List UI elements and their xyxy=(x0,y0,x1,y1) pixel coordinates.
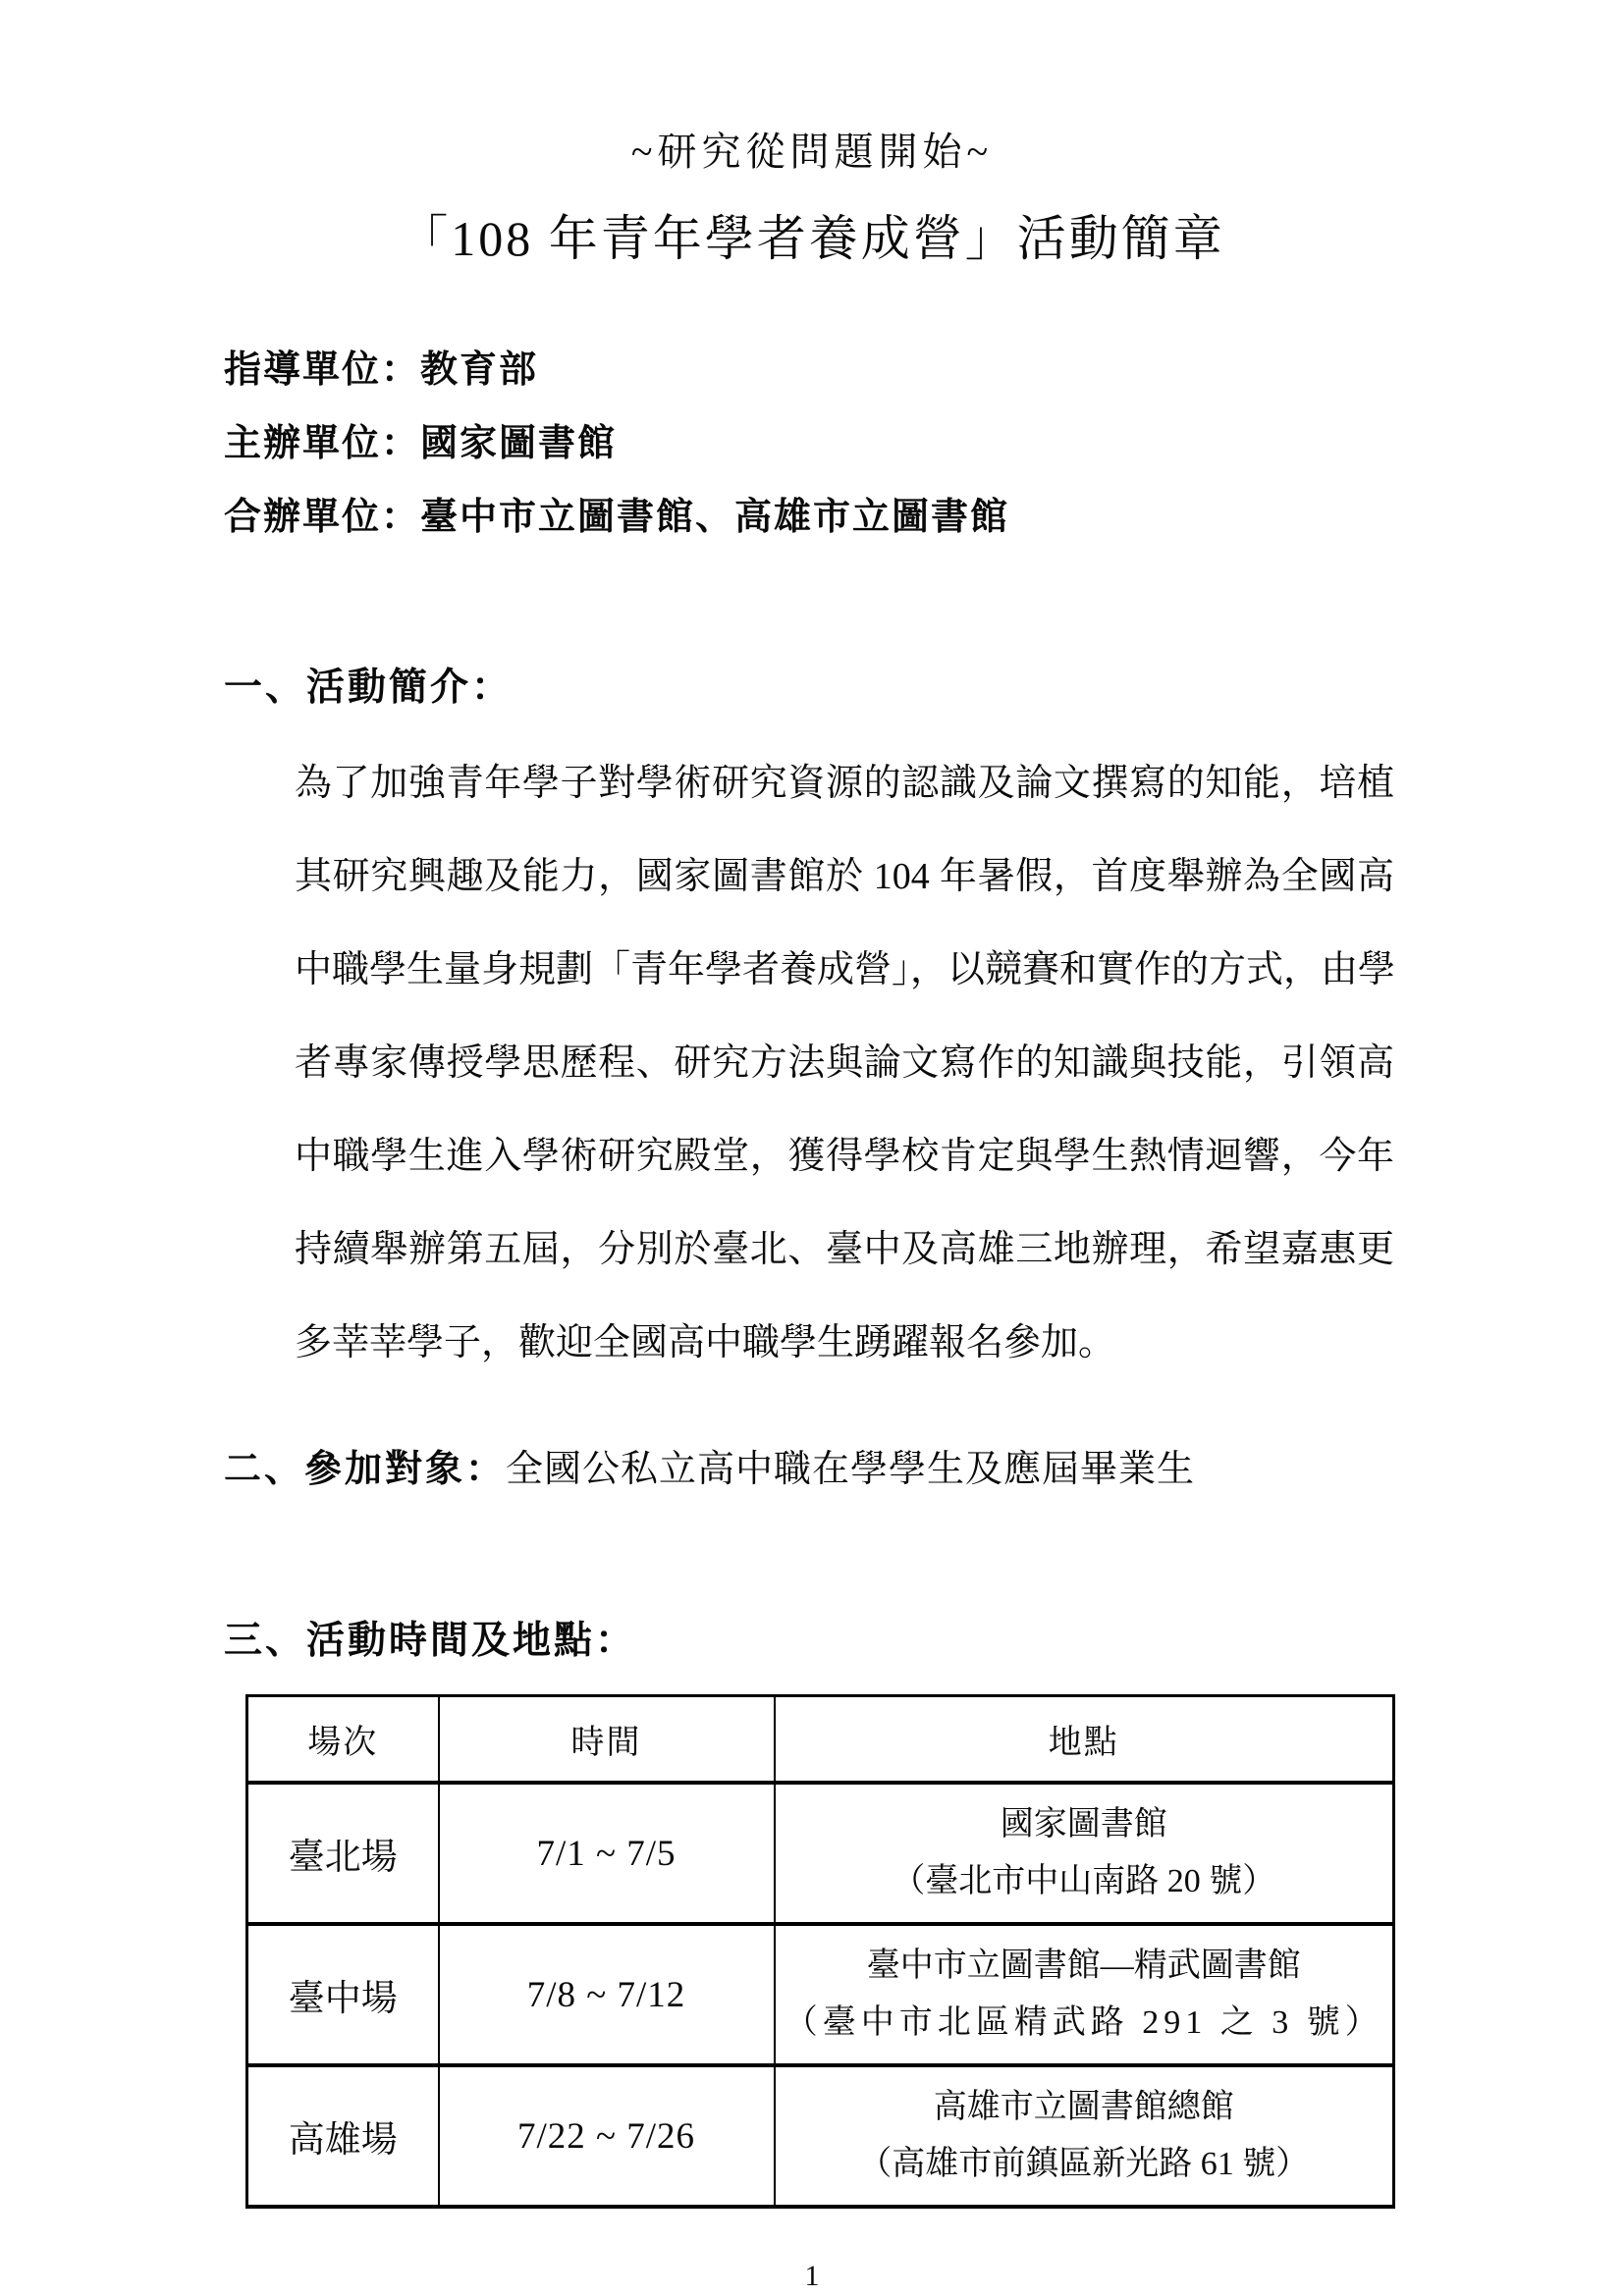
time-value: 7/22 ~ 7/26 xyxy=(517,2116,695,2157)
location-cell: 國家圖書館 （臺北市中山南路 20 號） xyxy=(775,1783,1394,1924)
table-row: 臺北場 7/1 ~ 7/5 國家圖書館 （臺北市中山南路 20 號） xyxy=(247,1783,1394,1924)
table-header-row: 場次 時間 地點 xyxy=(247,1696,1394,1784)
session-cell: 臺中場 xyxy=(247,1924,439,2065)
participants-label: 二、參加對象： xyxy=(224,1449,506,1490)
schedule-table: 場次 時間 地點 臺北場 7/1 ~ 7/5 國家圖書館 （臺北市中山南路 20… xyxy=(245,1694,1395,2209)
organizer-host: 主辦單位：國家圖書館 xyxy=(224,407,1624,481)
section-heading-intro: 一、活動簡介： xyxy=(224,661,1624,716)
table-header-session: 場次 xyxy=(247,1696,439,1784)
time-cell: 7/1 ~ 7/5 xyxy=(439,1783,775,1924)
section-participants: 二、參加對象：全國公私立高中職在學學生及應屆畢業生 xyxy=(224,1441,1624,1498)
intro-line: 其研究興趣及能力，國家圖書館於 104 年暑假，首度舉辦為全國高 xyxy=(295,830,1394,924)
document-page: ~研究從問題開始~ 「108 年青年學者養成營」活動簡章 指導單位：教育部 主辦… xyxy=(0,0,1624,2296)
venue-address: （臺北市中山南路 20 號） xyxy=(776,1853,1393,1910)
session-cell: 高雄場 xyxy=(247,2065,439,2207)
location-cell: 臺中市立圖書館—精武圖書館 （臺中市北區精武路 291 之 3 號） xyxy=(775,1924,1394,2065)
venue-name: 高雄市立圖書館總館 xyxy=(776,2079,1393,2136)
intro-line: 多莘莘學子，歡迎全國高中職學生踴躍報名參加。 xyxy=(295,1297,1394,1390)
time-cell: 7/8 ~ 7/12 xyxy=(439,1924,775,2065)
intro-line: 為了加強青年學子對學術研究資源的認識及論文撰寫的知能，培植 xyxy=(295,737,1394,830)
time-value: 7/8 ~ 7/12 xyxy=(527,1975,686,2015)
venue-address: （臺中市北區精武路 291 之 3 號） xyxy=(776,1995,1393,2052)
location-cell: 高雄市立圖書館總館 （高雄市前鎮區新光路 61 號） xyxy=(775,2065,1394,2207)
organizer-block: 指導單位：教育部 主辦單位：國家圖書館 合辦單位：臺中市立圖書館、高雄市立圖書館 xyxy=(224,334,1624,555)
organizer-advisor: 指導單位：教育部 xyxy=(224,334,1624,407)
intro-line: 中職學生量身規劃「青年學者養成營」，以競賽和實作的方式，由學 xyxy=(295,924,1394,1017)
venue-address: （高雄市前鎮區新光路 61 號） xyxy=(776,2136,1393,2193)
time-cell: 7/22 ~ 7/26 xyxy=(439,2065,775,2207)
time-value: 7/1 ~ 7/5 xyxy=(536,1834,676,1874)
intro-line: 者專家傳授學思歷程、研究方法與論文寫作的知識與技能，引領高 xyxy=(295,1017,1394,1110)
document-title: 「108 年青年學者養成營」活動簡章 xyxy=(0,204,1624,273)
participants-value: 全國公私立高中職在學學生及應屆畢業生 xyxy=(506,1449,1195,1490)
venue-name: 臺中市立圖書館—精武圖書館 xyxy=(776,1938,1393,1995)
session-cell: 臺北場 xyxy=(247,1783,439,1924)
section-heading-schedule: 三、活動時間及地點： xyxy=(224,1614,1624,1669)
table-header-time: 時間 xyxy=(439,1696,775,1784)
intro-line: 中職學生進入學術研究殿堂，獲得學校肯定與學生熱情迴響，今年 xyxy=(295,1110,1394,1203)
intro-paragraph: 為了加強青年學子對學術研究資源的認識及論文撰寫的知能，培植 其研究興趣及能力，國… xyxy=(295,737,1394,1390)
organizer-co-host: 合辦單位：臺中市立圖書館、高雄市立圖書館 xyxy=(224,481,1624,555)
venue-name: 國家圖書館 xyxy=(776,1796,1393,1853)
table-row: 高雄場 7/22 ~ 7/26 高雄市立圖書館總館 （高雄市前鎮區新光路 61 … xyxy=(247,2065,1394,2207)
page-number: 1 xyxy=(0,2260,1624,2293)
table-row: 臺中場 7/8 ~ 7/12 臺中市立圖書館—精武圖書館 （臺中市北區精武路 2… xyxy=(247,1924,1394,2065)
document-supertitle: ~研究從問題開始~ xyxy=(0,124,1624,181)
title-block: ~研究從問題開始~ 「108 年青年學者養成營」活動簡章 xyxy=(0,0,1624,273)
table-header-location: 地點 xyxy=(775,1696,1394,1784)
intro-line: 持續舉辦第五屆，分別於臺北、臺中及高雄三地辦理，希望嘉惠更 xyxy=(295,1203,1394,1297)
